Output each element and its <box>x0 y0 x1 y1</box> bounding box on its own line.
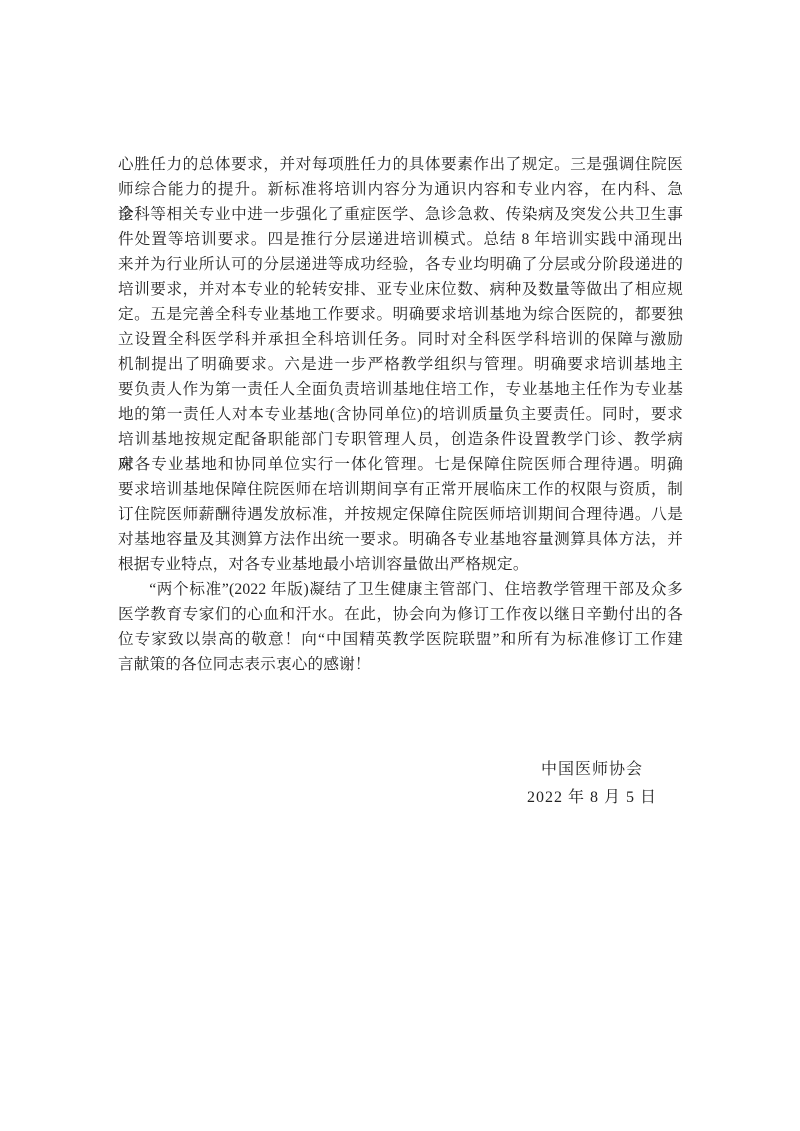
text-line: “两个标准”(2022 年版)凝结了卫生健康主管部门、住培教学管理干部及众多 <box>118 577 683 602</box>
signature-block: 中国医师协会 2022 年 8 月 5 日 <box>492 756 692 811</box>
text-line: 言献策的各位同志表示衷心的感谢！ <box>118 652 683 677</box>
text-line: 要负责人作为第一责任人全面负责培训基地住培工作，专业基地主任作为专业基 <box>118 377 683 402</box>
text-line: 要求培训基地保障住院医师在培训期间享有正常开展临床工作的权限与资质，制 <box>118 477 683 502</box>
text-line: 来并为行业所认可的分层递进等成功经验，各专业均明确了分层或分阶段递进的 <box>118 252 683 277</box>
text-line: 师综合能力的提升。新标准将培训内容分为通识内容和专业内容，在内科、急诊、 <box>118 177 683 202</box>
text-line: 医学教育专家们的心血和汗水。在此，协会向为修订工作夜以继日辛勤付出的各 <box>118 602 683 627</box>
text-line: 全科等相关专业中进一步强化了重症医学、急诊急救、传染病及突发公共卫生事 <box>118 202 683 227</box>
text-line: 立设置全科医学科并承担全科培训任务。同时对全科医学科培训的保障与激励 <box>118 327 683 352</box>
text-line: 定。五是完善全科专业基地工作要求。明确要求培训基地为综合医院的，都要独 <box>118 302 683 327</box>
text-line: 培训基地按规定配备职能部门专职管理人员，创造条件设置教学门诊、教学病床， <box>118 427 683 452</box>
text-line: 件处置等培训要求。四是推行分层递进培训模式。总结 8 年培训实践中涌现出 <box>118 227 683 252</box>
text-line: 心胜任力的总体要求，并对每项胜任力的具体要素作出了规定。三是强调住院医 <box>118 152 683 177</box>
text-line: 对基地容量及其测算方法作出统一要求。明确各专业基地容量测算具体方法，并 <box>118 527 683 552</box>
document-body: 心胜任力的总体要求，并对每项胜任力的具体要素作出了规定。三是强调住院医师综合能力… <box>118 152 683 677</box>
text-line: 培训要求，并对本专业的轮转安排、亚专业床位数、病种及数量等做出了相应规 <box>118 277 683 302</box>
document-page: 心胜任力的总体要求，并对每项胜任力的具体要素作出了规定。三是强调住院医师综合能力… <box>0 0 800 1131</box>
paragraph-acknowledgement: “两个标准”(2022 年版)凝结了卫生健康主管部门、住培教学管理干部及众多医学… <box>118 577 683 677</box>
paragraph-core-competency: 心胜任力的总体要求，并对每项胜任力的具体要素作出了规定。三是强调住院医师综合能力… <box>118 152 683 577</box>
signature-org: 中国医师协会 <box>492 756 692 784</box>
text-line: 对各专业基地和协同单位实行一体化管理。七是保障住院医师合理待遇。明确 <box>118 452 683 477</box>
text-line: 地的第一责任人对本专业基地(含协同单位)的培训质量负主要责任。同时，要求 <box>118 402 683 427</box>
text-line: 位专家致以崇高的敬意！向“中国精英教学医院联盟”和所有为标准修订工作建 <box>118 627 683 652</box>
signature-date: 2022 年 8 月 5 日 <box>492 784 692 812</box>
text-line: 订住院医师薪酬待遇发放标准，并按规定保障住院医师培训期间合理待遇。八是 <box>118 502 683 527</box>
text-line: 机制提出了明确要求。六是进一步严格教学组织与管理。明确要求培训基地主 <box>118 352 683 377</box>
text-line: 根据专业特点，对各专业基地最小培训容量做出严格规定。 <box>118 552 683 577</box>
